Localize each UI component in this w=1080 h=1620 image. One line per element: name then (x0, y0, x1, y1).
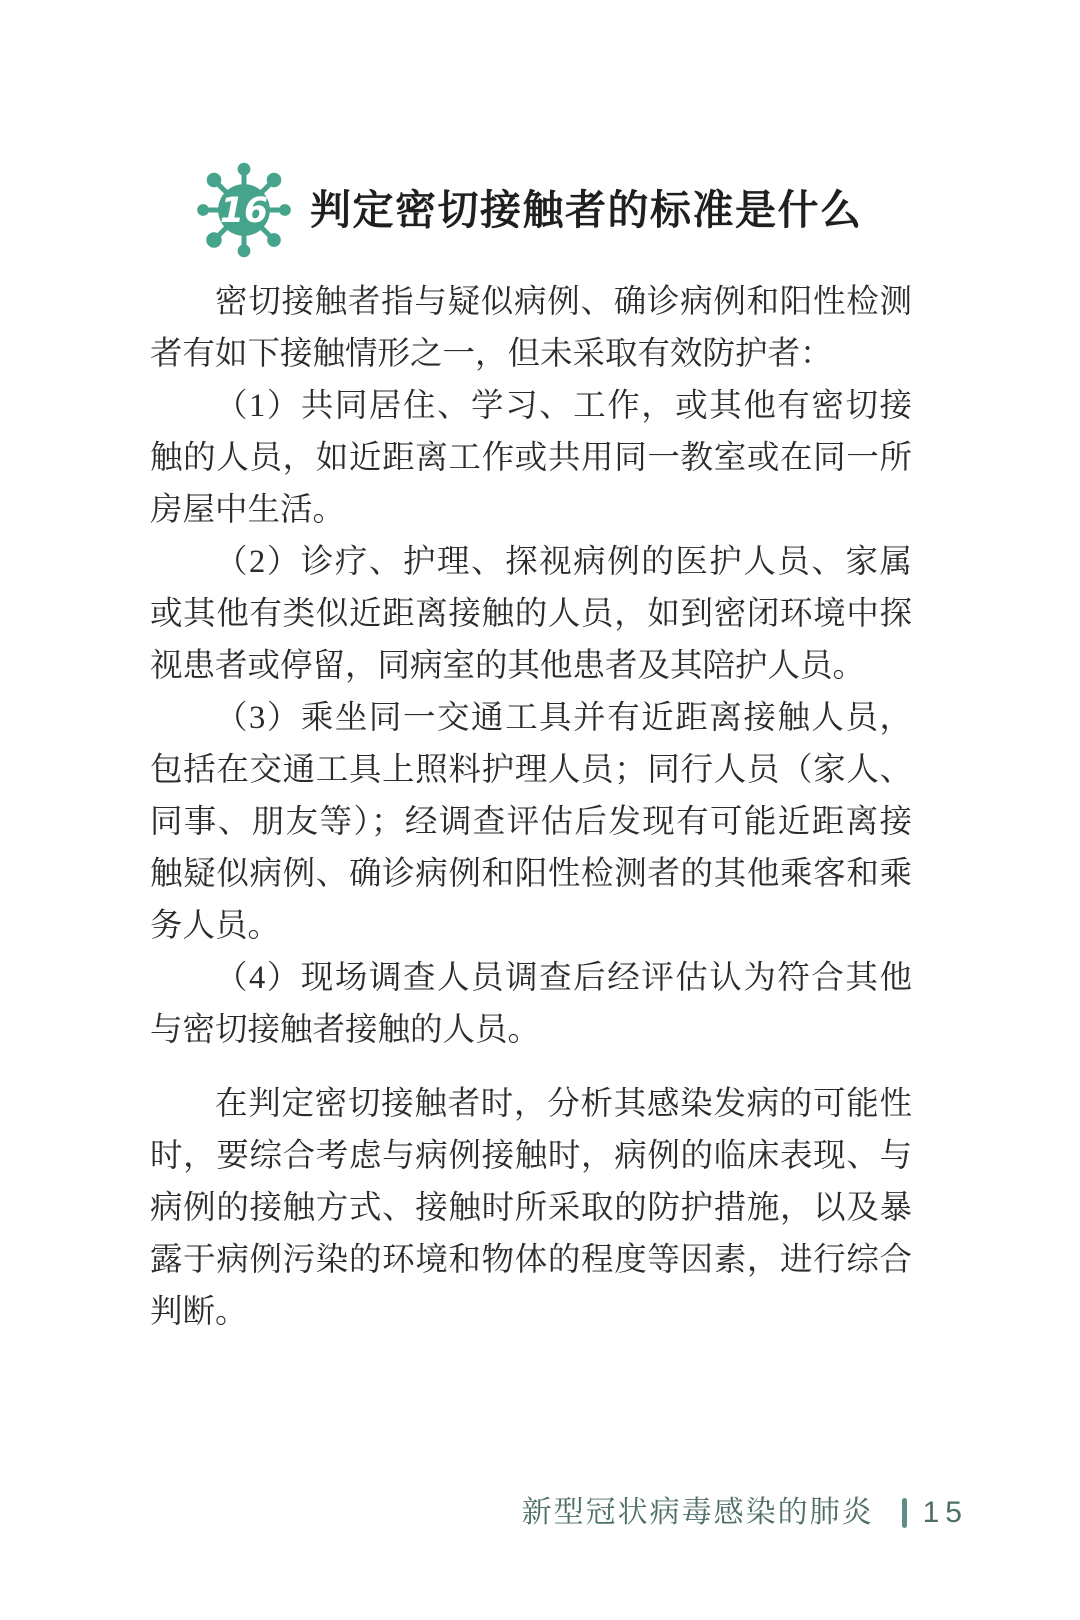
virus-icon: 16 (194, 160, 294, 260)
intro-paragraph: 密切接触者指与疑似病例、确诊病例和阳性检测者有如下接触情形之一，但未采取有效防护… (150, 276, 912, 380)
document-page: 16 判定密切接触者的标准是什么 密切接触者指与疑似病例、确诊病例和阳性检测者有… (0, 0, 1080, 1620)
page-footer: 新型冠状病毒感染的肺炎 15 (522, 1498, 968, 1528)
closing-paragraph: 在判定密切接触者时，分析其感染发病的可能性时，要综合考虑与病例接触时，病例的临床… (150, 1078, 912, 1338)
footer-page-number: 15 (923, 1498, 968, 1528)
section-header: 16 判定密切接触者的标准是什么 (194, 160, 863, 260)
section-title: 判定密切接触者的标准是什么 (310, 190, 863, 231)
section-number: 16 (220, 191, 268, 231)
footer-separator-bar (902, 1498, 907, 1528)
criteria-item-3: （3）乘坐同一交通工具并有近距离接触人员，包括在交通工具上照料护理人员；同行人员… (150, 692, 912, 952)
criteria-item-1: （1）共同居住、学习、工作，或其他有密切接触的人员，如近距离工作或共用同一教室或… (150, 380, 912, 536)
footer-book-title: 新型冠状病毒感染的肺炎 (522, 1498, 874, 1528)
section-body: 密切接触者指与疑似病例、确诊病例和阳性检测者有如下接触情形之一，但未采取有效防护… (150, 276, 912, 1338)
criteria-item-2: （2）诊疗、护理、探视病例的医护人员、家属或其他有类似近距离接触的人员，如到密闭… (150, 536, 912, 692)
criteria-item-4: （4）现场调查人员调查后经评估认为符合其他与密切接触者接触的人员。 (150, 952, 912, 1056)
